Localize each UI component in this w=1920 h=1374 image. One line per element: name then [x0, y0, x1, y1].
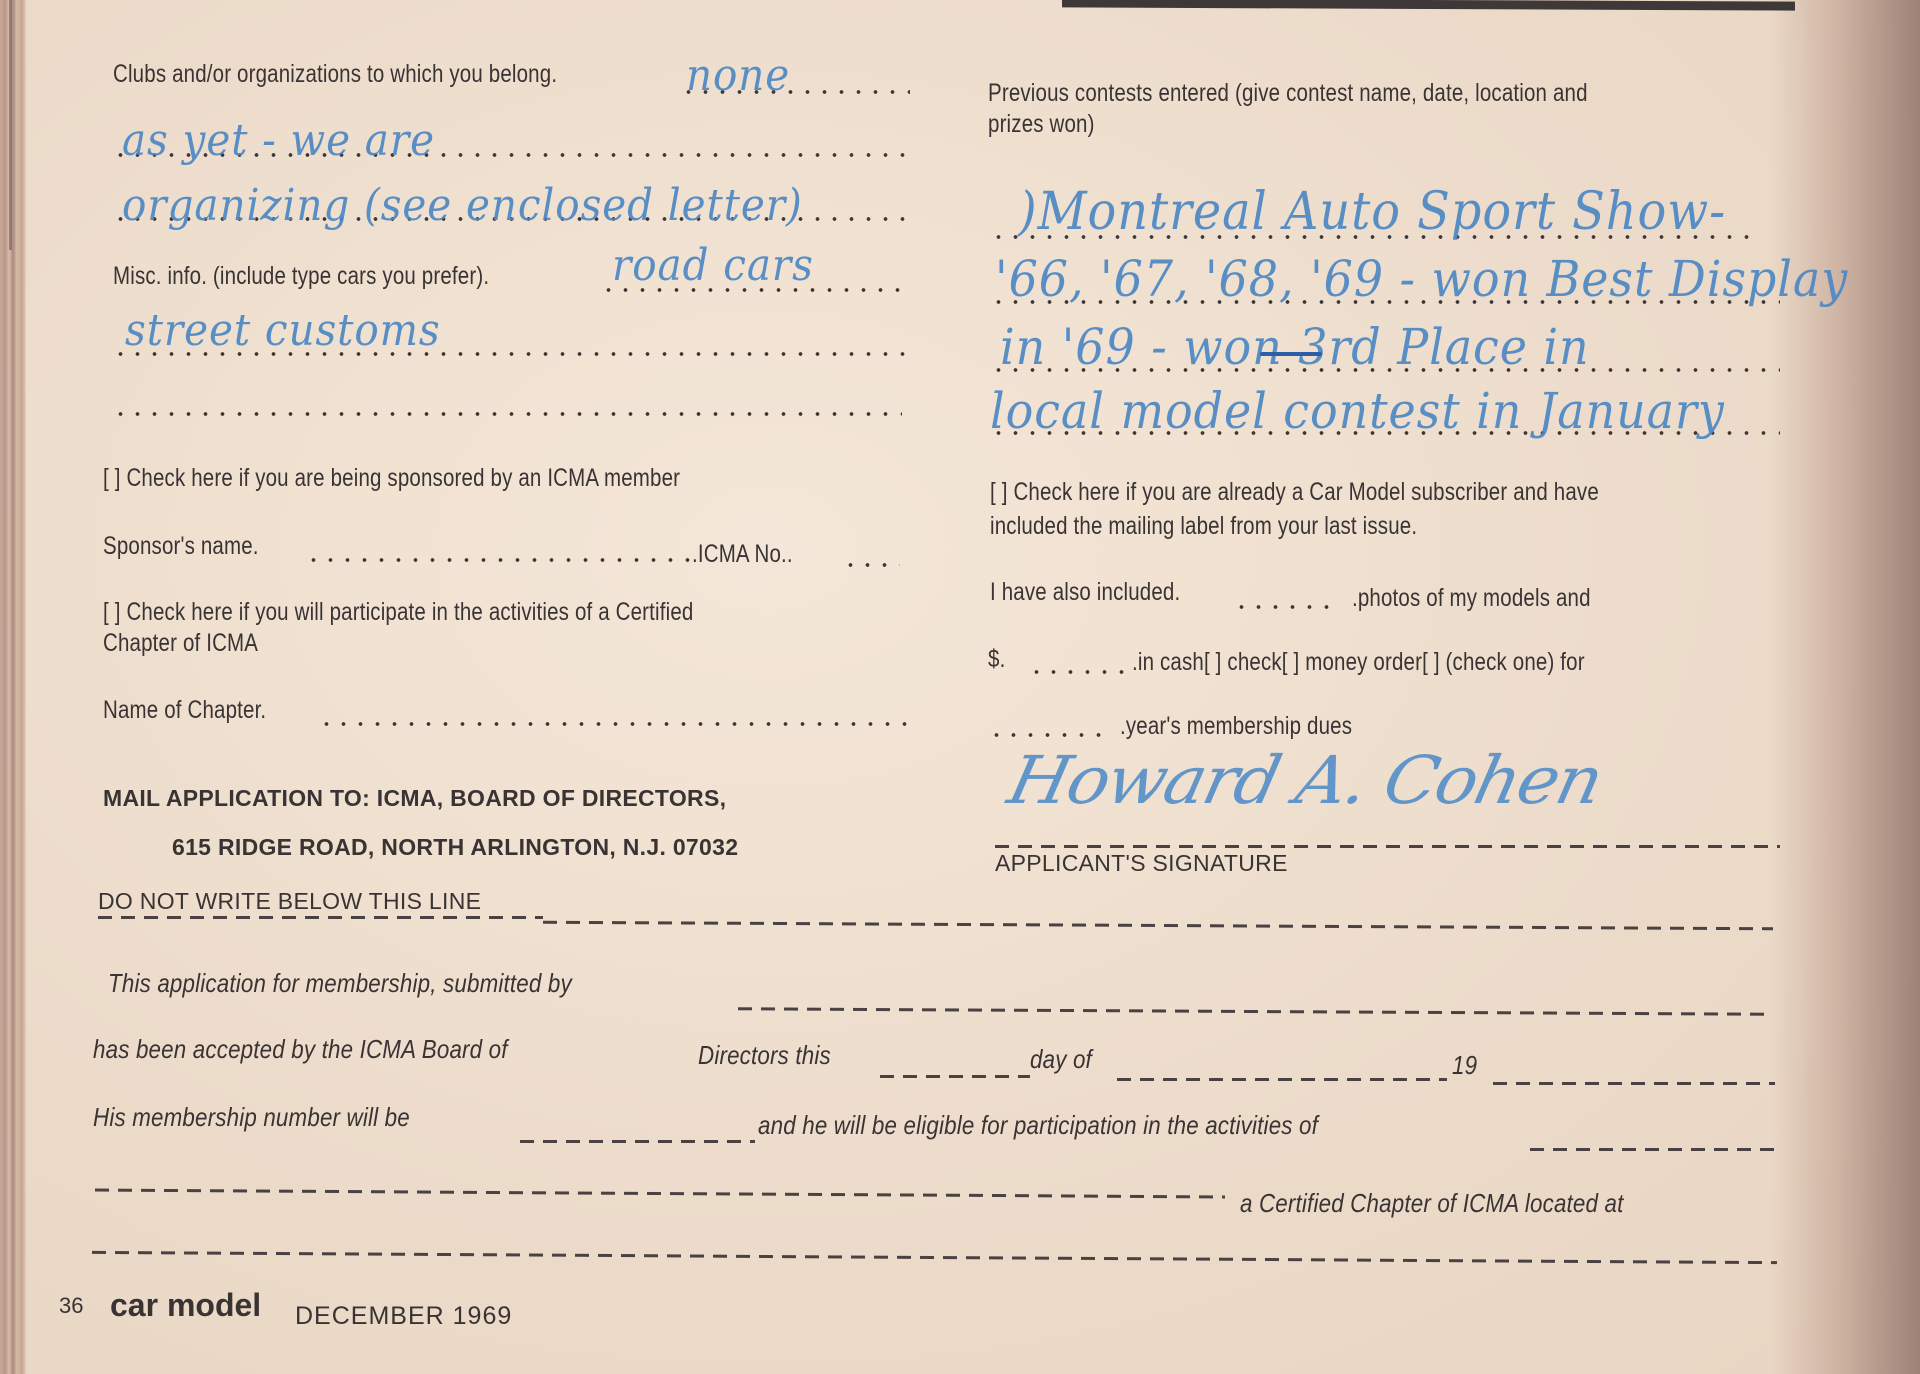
contests-label-cont: prizes won)	[988, 110, 1095, 139]
office-line-3-eligible: and he will be eligible for participatio…	[758, 1110, 1318, 1141]
sponsor-name-field[interactable]	[305, 558, 690, 562]
clubs-label: Clubs and/or organizations to which you …	[113, 60, 557, 89]
signature-label: APPLICANT'S SIGNATURE	[995, 850, 1288, 877]
chapter-activities-field[interactable]	[1530, 1148, 1775, 1151]
issue-date: DECEMBER 1969	[295, 1302, 512, 1331]
dues-label: .year's membership dues	[1120, 712, 1352, 741]
membership-number-field[interactable]	[520, 1140, 755, 1143]
misc-answer-1[interactable]: road cars	[612, 240, 814, 291]
photos-count-field[interactable]	[1233, 605, 1333, 609]
chapter-name-field[interactable]	[318, 722, 918, 726]
page-number: 36	[59, 1293, 83, 1319]
office-line-2-directors: Directors this	[698, 1040, 831, 1071]
sponsor-checkbox-label[interactable]: [ ] Check here if you are being sponsore…	[103, 464, 680, 493]
subscriber-checkbox-label-cont: included the mailing label from your las…	[990, 512, 1417, 541]
misc-answer-2[interactable]: street customs	[125, 305, 441, 356]
mail-instructions: MAIL APPLICATION TO: ICMA, BOARD OF DIRE…	[103, 785, 726, 812]
payment-prefix: $.	[988, 645, 1005, 674]
page-curl-shadow	[1770, 0, 1920, 1374]
third-place-underline	[1260, 352, 1322, 356]
office-line-4-text: a Certified Chapter of ICMA located at	[1240, 1188, 1624, 1219]
icma-no-field[interactable]	[842, 563, 900, 567]
page-binding	[0, 0, 26, 1374]
payment-amount-field[interactable]	[1028, 670, 1128, 674]
mail-address: 615 RIDGE ROAD, NORTH ARLINGTON, N.J. 07…	[172, 834, 738, 861]
contests-label: Previous contests entered (give contest …	[988, 79, 1588, 108]
subscriber-checkbox-label[interactable]: [ ] Check here if you are already a Car …	[990, 478, 1599, 507]
office-line-2-year-prefix: 19	[1452, 1050, 1477, 1081]
chapter-checkbox-label[interactable]: [ ] Check here if you will participate i…	[103, 598, 693, 627]
contests-answer-3[interactable]: in '69 - won 3rd Place in	[1000, 318, 1590, 376]
signature-line	[995, 845, 1780, 848]
office-line-1-text: This application for membership, submitt…	[108, 968, 572, 999]
misc-label: Misc. info. (include type cars you prefe…	[113, 262, 489, 291]
misc-dotted-line-3	[112, 412, 902, 416]
dues-years-field[interactable]	[988, 733, 1108, 737]
payment-method-options[interactable]: .in cash[ ] check[ ] money order[ ] (che…	[1132, 648, 1585, 677]
photos-suffix: .photos of my models and	[1352, 584, 1591, 613]
do-not-write-underline	[98, 916, 543, 919]
contests-answer-1[interactable]: )Montreal Auto Sport Show-	[1018, 182, 1726, 242]
contests-answer-4[interactable]: local model contest in January	[990, 382, 1725, 440]
office-line-2-dayof: day of	[1030, 1044, 1092, 1075]
clubs-answer-3[interactable]: organizing (see enclosed letter)	[122, 180, 803, 231]
clubs-answer-2[interactable]: as yet - we are	[122, 115, 435, 166]
clubs-answer-1[interactable]: none	[686, 50, 790, 101]
magazine-name: car model	[110, 1287, 261, 1324]
accepted-month-field[interactable]	[1117, 1078, 1447, 1081]
office-line-3-text: His membership number will be	[93, 1102, 410, 1133]
accepted-day-field[interactable]	[880, 1075, 1030, 1078]
photos-prefix: I have also included.	[990, 578, 1180, 607]
applicant-signature[interactable]: Howard A. Cohen	[1001, 742, 1608, 819]
do-not-write-notice: DO NOT WRITE BELOW THIS LINE	[98, 888, 481, 915]
chapter-name-label: Name of Chapter.	[103, 696, 266, 725]
contests-answer-2[interactable]: '66, '67, '68, '69 - won Best Display	[995, 250, 1848, 308]
chapter-checkbox-label-cont: Chapter of ICMA	[103, 629, 258, 658]
icma-no-label: .ICMA No..	[692, 540, 793, 569]
sponsor-name-label: Sponsor's name.	[103, 532, 259, 561]
office-line-2-text: has been accepted by the ICMA Board of	[93, 1034, 508, 1065]
accepted-year-field[interactable]	[1493, 1082, 1775, 1085]
